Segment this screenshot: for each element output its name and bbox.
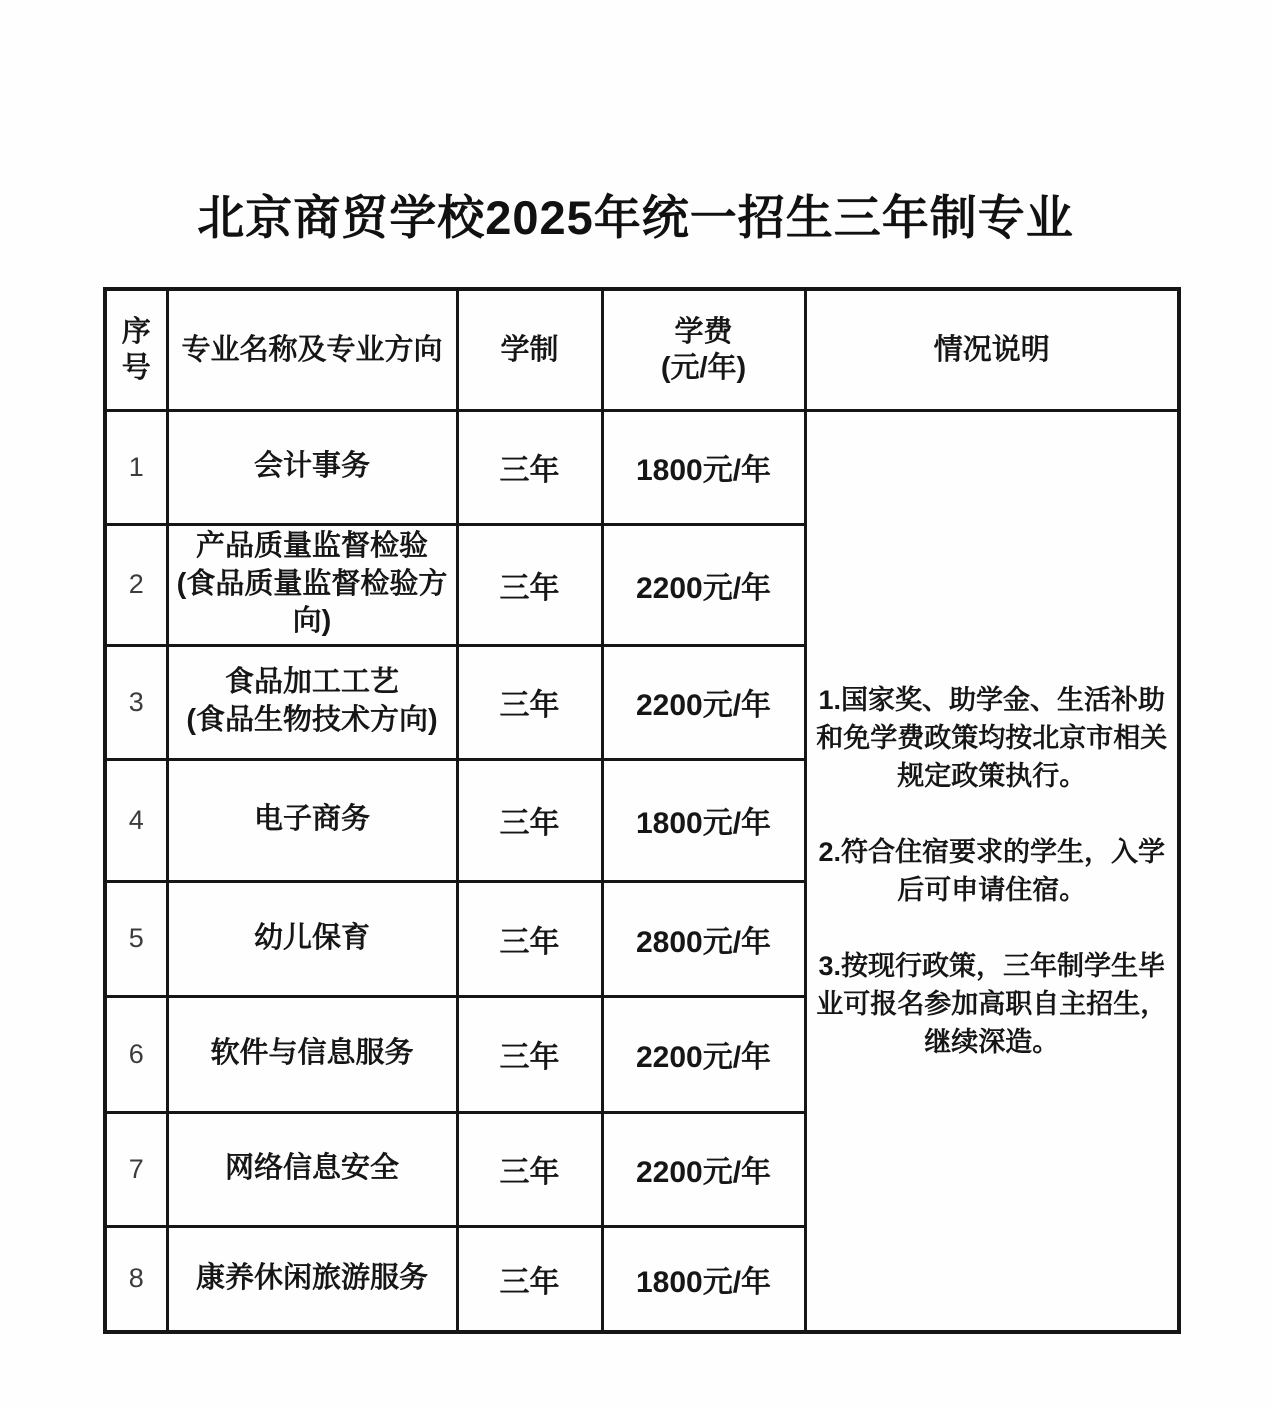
major-cell: 幼儿保育 xyxy=(167,881,457,996)
row-number: 4 xyxy=(105,759,167,881)
document-page: 北京商贸学校2025年统一招生三年制专业 序号 专业名称及专业方向 学制 学费 … xyxy=(0,0,1271,1406)
duration-cell: 三年 xyxy=(457,759,602,881)
major-cell: 电子商务 xyxy=(167,759,457,881)
fee-cell: 2200元/年 xyxy=(602,996,805,1112)
duration-cell: 三年 xyxy=(457,645,602,759)
fee-cell: 2800元/年 xyxy=(602,881,805,996)
row-number: 3 xyxy=(105,645,167,759)
duration-cell: 三年 xyxy=(457,996,602,1112)
note-paragraph: 1.国家奖、助学金、生活补助和免学费政策均按北京市相关规定政策执行。 xyxy=(813,681,1172,795)
col-header-no: 序号 xyxy=(105,289,167,410)
duration-cell: 三年 xyxy=(457,410,602,524)
duration-cell: 三年 xyxy=(457,1112,602,1226)
note-paragraph: 2.符合住宿要求的学生，入学后可申请住宿。 xyxy=(813,833,1172,909)
col-header-major: 专业名称及专业方向 xyxy=(167,289,457,410)
row-number: 1 xyxy=(105,410,167,524)
note-paragraph: 3.按现行政策，三年制学生毕业可报名参加高职自主招生，继续深造。 xyxy=(813,947,1172,1061)
page-title: 北京商贸学校2025年统一招生三年制专业 xyxy=(0,181,1271,248)
duration-cell: 三年 xyxy=(457,881,602,996)
col-header-fee: 学费 (元/年) xyxy=(602,289,805,410)
table-row: 1 会计事务 三年 1800元/年 1.国家奖、助学金、生活补助和免学费政策均按… xyxy=(105,410,1179,524)
col-header-notes: 情况说明 xyxy=(805,289,1179,410)
major-cell: 软件与信息服务 xyxy=(167,996,457,1112)
duration-cell: 三年 xyxy=(457,1226,602,1332)
row-number: 5 xyxy=(105,881,167,996)
duration-cell: 三年 xyxy=(457,524,602,645)
fee-cell: 1800元/年 xyxy=(602,1226,805,1332)
major-cell: 康养休闲旅游服务 xyxy=(167,1226,457,1332)
row-number: 6 xyxy=(105,996,167,1112)
row-number: 2 xyxy=(105,524,167,645)
fee-cell: 2200元/年 xyxy=(602,524,805,645)
notes-cell: 1.国家奖、助学金、生活补助和免学费政策均按北京市相关规定政策执行。 2.符合住… xyxy=(805,410,1179,1332)
row-number: 8 xyxy=(105,1226,167,1332)
fee-cell: 2200元/年 xyxy=(602,645,805,759)
col-header-duration: 学制 xyxy=(457,289,602,410)
row-number: 7 xyxy=(105,1112,167,1226)
fee-cell: 2200元/年 xyxy=(602,1112,805,1226)
fee-cell: 1800元/年 xyxy=(602,410,805,524)
major-cell: 食品加工工艺 (食品生物技术方向) xyxy=(167,645,457,759)
fee-cell: 1800元/年 xyxy=(602,759,805,881)
table-header-row: 序号 专业名称及专业方向 学制 学费 (元/年) 情况说明 xyxy=(105,289,1179,410)
major-cell: 会计事务 xyxy=(167,410,457,524)
major-cell: 产品质量监督检验 (食品质量监督检验方向) xyxy=(167,524,457,645)
programs-table: 序号 专业名称及专业方向 学制 学费 (元/年) 情况说明 1 会计事务 三年 … xyxy=(103,287,1181,1334)
major-cell: 网络信息安全 xyxy=(167,1112,457,1226)
